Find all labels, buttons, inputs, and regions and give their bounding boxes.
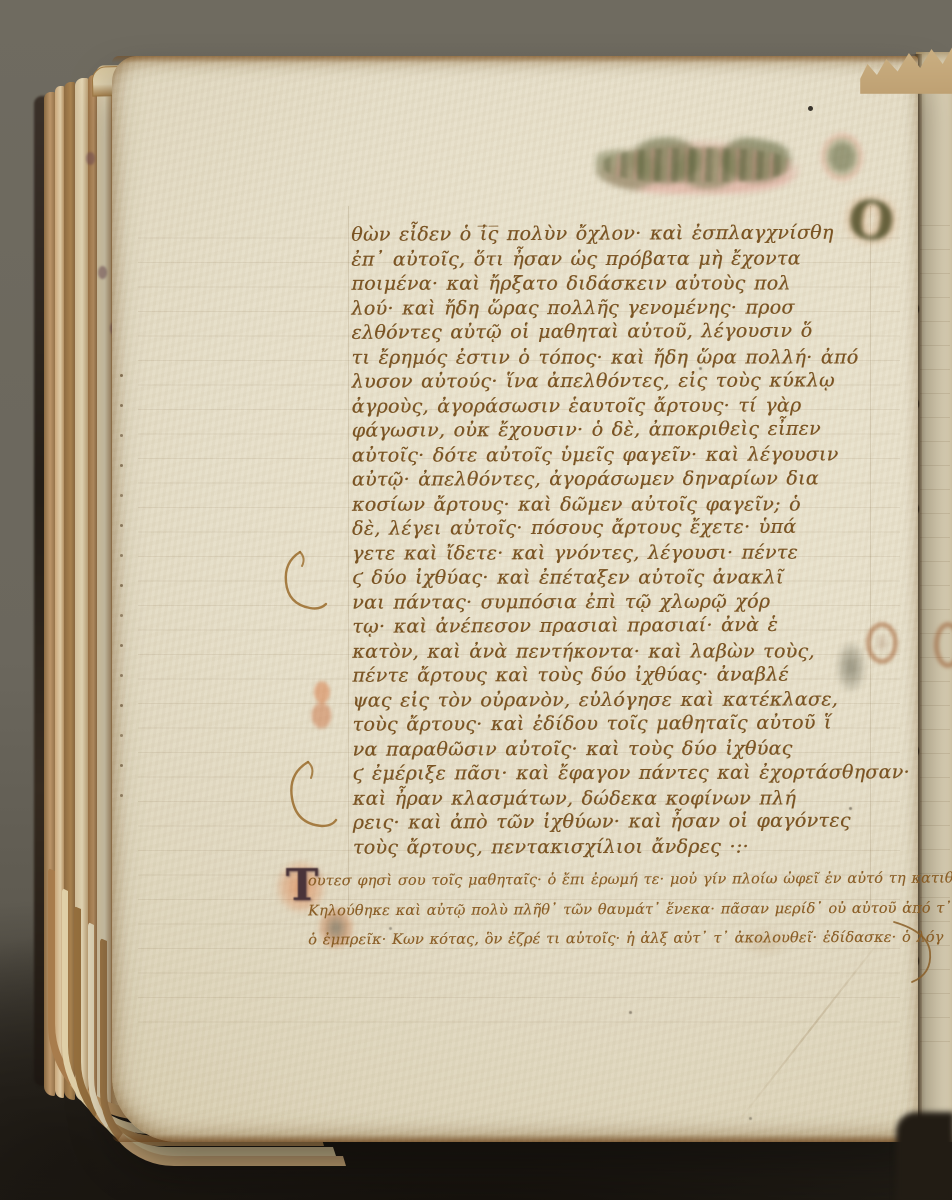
- text-line: να παραθῶσιν αὐτοῖς· καὶ τοὺς δύο ἰχθύας: [353, 736, 877, 762]
- text-line: ἀγροὺς, ἀγοράσωσιν ἑαυτοῖς ἄρτους· τί γὰ…: [352, 393, 876, 419]
- red-offset-stain: [308, 676, 336, 734]
- text-line: κατὸν, καὶ ἀνὰ πεντήκοντα· καὶ λαβὼν τοὺ…: [352, 639, 876, 664]
- text-line: καὶ ἦραν κλασμάτων, δώδεκα κοφίνων πλή: [353, 786, 877, 811]
- marginal-note-block: ουτεσ φησὶ σου τοῖς μαθηταῖς· ὁ ἔπι ἐρωμ…: [308, 865, 920, 956]
- note-line: ὁ ἐμπρεῖκ· Κων κότας, ὃν ἐζρέ τι αὐτοῖς·…: [308, 924, 920, 956]
- text-line: ϛ δύο ἰχθύας· καὶ ἐπέταξεν αὐτοῖς ἀνακλῖ: [352, 565, 876, 590]
- note-line: Κηλούθηκε καὶ αὐτῷ πολὺ πλῆθ᾿ τῶν θαυμάτ…: [308, 894, 920, 926]
- headband-ornament-offset: [604, 148, 790, 182]
- text-line: ψας εἰς τὸν οὐρανὸν, εὐλόγησε καὶ κατέκλ…: [352, 687, 876, 713]
- main-text-block: θὼν εἶδεν ὁ ἰ̅ς̅ πολὺν ὄχλον· καὶ ἐσπλαγ…: [351, 221, 877, 859]
- text-line: ελθόντες αὐτῷ οἱ μαθηταὶ αὐτοῦ, λέγουσιν…: [351, 318, 875, 345]
- stain-spot: [98, 266, 107, 279]
- text-line: ρεις· καὶ ἀπὸ τῶν ἰχθύων· καὶ ἦσαν οἱ φα…: [353, 808, 877, 835]
- text-line: ἐπ᾿ αὐτοῖς, ὅτι ἦσαν ὡς πρόβατα μὴ ἔχοντ…: [351, 246, 875, 272]
- gutter-shadow-bottom: [896, 1112, 952, 1200]
- margin-lection-mark: [280, 756, 340, 840]
- text-line: ναι πάντας· συμπόσια ἐπὶ τῷ χλωρῷ χόρ: [352, 589, 876, 615]
- ornament-offset-blob: [816, 130, 868, 190]
- pen-flourish: [888, 916, 936, 986]
- text-line: τῳ· καὶ ἀνέπεσον πρασιαὶ πρασιαί· ἀνὰ ἑ: [352, 612, 876, 639]
- text-line: φάγωσιν, οὐκ ἔχουσιν· ὁ δὲ, ἀποκριθεὶς ε…: [352, 416, 876, 443]
- fly-specks: [808, 106, 813, 111]
- text-line: γετε καὶ ἴδετε· καὶ γνόντες, λέγουσι· πέ…: [352, 540, 876, 566]
- browned-bottom-edge: [112, 1134, 918, 1142]
- pricking-holes: [120, 374, 123, 377]
- note-line: ουτεσ φησὶ σου τοῖς μαθηταῖς· ὁ ἔπι ἐρωμ…: [308, 865, 920, 897]
- text-line: λού· καὶ ἤδη ὥρας πολλῆς γενομένης· προσ: [351, 295, 875, 321]
- text-line: τοὺς ἄρτους, πεντακισχίλιοι ἄνδρες ·:·: [353, 834, 877, 860]
- text-line: πέντε ἄρτους καὶ τοὺς δύο ἰχθύας· ἀναβλέ: [352, 662, 876, 688]
- photograph-of-manuscript: O θὼν εἶδεν ὁ ἰ̅ς̅ πολὺν ὄχλον· καὶ ἐσπλ…: [0, 0, 952, 1200]
- text-line: τοὺς ἄρτους· καὶ ἐδίδου τοῖς μαθηταῖς αὐ…: [352, 710, 876, 737]
- text-line: λυσον αὐτούς· ἵνα ἀπελθόντες, εἰς τοὺς κ…: [352, 368, 876, 394]
- text-line: θὼν εἶδεν ὁ ἰ̅ς̅ πολὺν ὄχλον· καὶ ἐσπλαγ…: [351, 220, 875, 247]
- margin-lection-mark: [274, 548, 330, 626]
- text-line: κοσίων ἄρτους· καὶ δῶμεν αὐτοῖς φαγεῖν; …: [352, 492, 876, 517]
- ruling-vertical: [348, 206, 349, 906]
- manuscript-page: O θὼν εἶδεν ὁ ἰ̅ς̅ πολὺν ὄχλον· καὶ ἐσπλ…: [112, 56, 918, 1142]
- text-line: δὲ, λέγει αὐτοῖς· πόσους ἄρτους ἔχετε· ὑ…: [352, 514, 876, 541]
- stain-spot: [86, 152, 95, 165]
- text-line: αὐτοῖς· δότε αὐτοῖς ὑμεῖς φαγεῖν· καὶ λέ…: [352, 442, 876, 468]
- browned-top-edge: [112, 56, 918, 63]
- text-line: τι ἔρημός ἐστιν ὁ τόπος· καὶ ἤδη ὥρα πολ…: [352, 345, 876, 370]
- text-line: ϛ ἐμέριξε πᾶσι· καὶ ἔφαγον πάντες καὶ ἐχ…: [353, 760, 877, 786]
- text-line: αὐτῷ· ἀπελθόντες, ἀγοράσωμεν δηναρίων δι…: [352, 466, 876, 492]
- text-line: ποιμένα· καὶ ἤρξατο διδάσκειν αὐτοὺς πολ: [351, 271, 875, 296]
